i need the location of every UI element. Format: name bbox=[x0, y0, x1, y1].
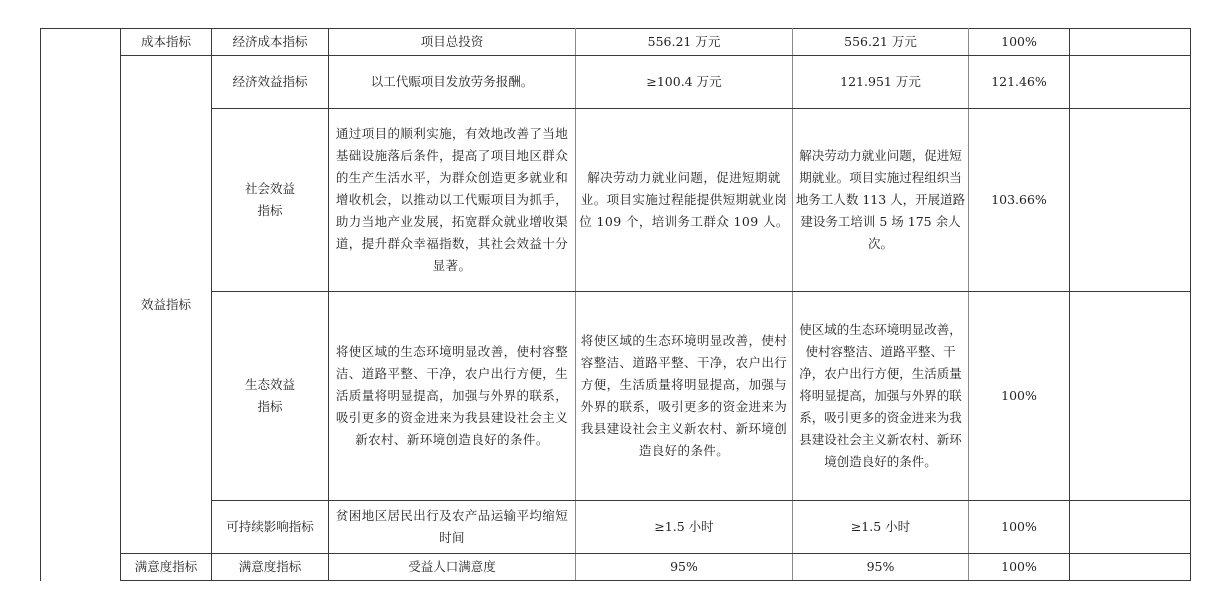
note-cell bbox=[1070, 56, 1191, 109]
completion-rate-cell: 100% bbox=[969, 292, 1070, 501]
indicator-cell: 以工代赈项目发放劳务报酬。 bbox=[329, 56, 576, 109]
indicator-cell: 项目总投资 bbox=[329, 29, 576, 56]
target-value-cell: 556.21 万元 bbox=[576, 29, 793, 56]
actual-value-cell: 556.21 万元 bbox=[793, 29, 969, 56]
completion-rate-cell: 100% bbox=[969, 554, 1070, 581]
level2-cell: 满意度指标 bbox=[212, 554, 329, 581]
completion-rate-cell: 100% bbox=[969, 501, 1070, 554]
indicator-cell: 贫困地区居民出行及农产品运输平均缩短时间 bbox=[329, 501, 576, 554]
target-value-cell: ≥100.4 万元 bbox=[576, 56, 793, 109]
performance-indicator-table: 成本指标 经济成本指标 项目总投资 556.21 万元 556.21 万元 10… bbox=[40, 28, 1191, 581]
target-value-cell: 解决劳动力就业问题，促进短期就业。项目实施过程能提供短期就业岗位 109 个，培… bbox=[576, 109, 793, 292]
target-value-cell: ≥1.5 小时 bbox=[576, 501, 793, 554]
table-row: 效益指标 经济效益指标 以工代赈项目发放劳务报酬。 ≥100.4 万元 121.… bbox=[41, 56, 1191, 109]
actual-value-cell: 解决劳动力就业问题，促进短期就业。项目实施过程组织当地务工人数 113 人，开展… bbox=[793, 109, 969, 292]
output-indicator-merged-cell bbox=[41, 29, 121, 581]
level1-satisfaction: 满意度指标 bbox=[121, 554, 212, 581]
note-cell bbox=[1070, 554, 1191, 581]
table-row: 满意度指标 满意度指标 受益人口满意度 95% 95% 100% bbox=[41, 554, 1191, 581]
level1-benefit: 效益指标 bbox=[121, 56, 212, 554]
level2-cell: 经济成本指标 bbox=[212, 29, 329, 56]
actual-value-cell: 95% bbox=[793, 554, 969, 581]
completion-rate-cell: 121.46% bbox=[969, 56, 1070, 109]
target-value-cell: 将使区域的生态环境明显改善，使村容整洁、道路平整、干净，农户出行方便，生活质量将… bbox=[576, 292, 793, 501]
note-cell bbox=[1070, 292, 1191, 501]
document-page: 成本指标 经济成本指标 项目总投资 556.21 万元 556.21 万元 10… bbox=[0, 0, 1215, 602]
indicator-cell: 通过项目的顺利实施，有效地改善了当地基础设施落后条件，提高了项目地区群众的生产生… bbox=[329, 109, 576, 292]
level2-cell: 生态效益指标 bbox=[212, 292, 329, 501]
level2-cell: 可持续影响指标 bbox=[212, 501, 329, 554]
table-row: 可持续影响指标 贫困地区居民出行及农产品运输平均缩短时间 ≥1.5 小时 ≥1.… bbox=[41, 501, 1191, 554]
completion-rate-cell: 103.66% bbox=[969, 109, 1070, 292]
note-cell bbox=[1070, 29, 1191, 56]
table-row: 成本指标 经济成本指标 项目总投资 556.21 万元 556.21 万元 10… bbox=[41, 29, 1191, 56]
actual-value-cell: 121.951 万元 bbox=[793, 56, 969, 109]
table-row: 社会效益指标 通过项目的顺利实施，有效地改善了当地基础设施落后条件，提高了项目地… bbox=[41, 109, 1191, 292]
note-cell bbox=[1070, 109, 1191, 292]
table-row: 生态效益指标 将使区域的生态环境明显改善，使村容整洁、道路平整、干净，农户出行方… bbox=[41, 292, 1191, 501]
note-cell bbox=[1070, 501, 1191, 554]
level2-cell: 经济效益指标 bbox=[212, 56, 329, 109]
actual-value-cell: 使区域的生态环境明显改善，使村容整洁、道路平整、干净，农户出行方便，生活质量将明… bbox=[793, 292, 969, 501]
completion-rate-cell: 100% bbox=[969, 29, 1070, 56]
level1-cost: 成本指标 bbox=[121, 29, 212, 56]
level2-cell: 社会效益指标 bbox=[212, 109, 329, 292]
actual-value-cell: ≥1.5 小时 bbox=[793, 501, 969, 554]
indicator-cell: 将使区域的生态环境明显改善，使村容整洁、道路平整、干净，农户出行方便，生活质量将… bbox=[329, 292, 576, 501]
target-value-cell: 95% bbox=[576, 554, 793, 581]
indicator-cell: 受益人口满意度 bbox=[329, 554, 576, 581]
